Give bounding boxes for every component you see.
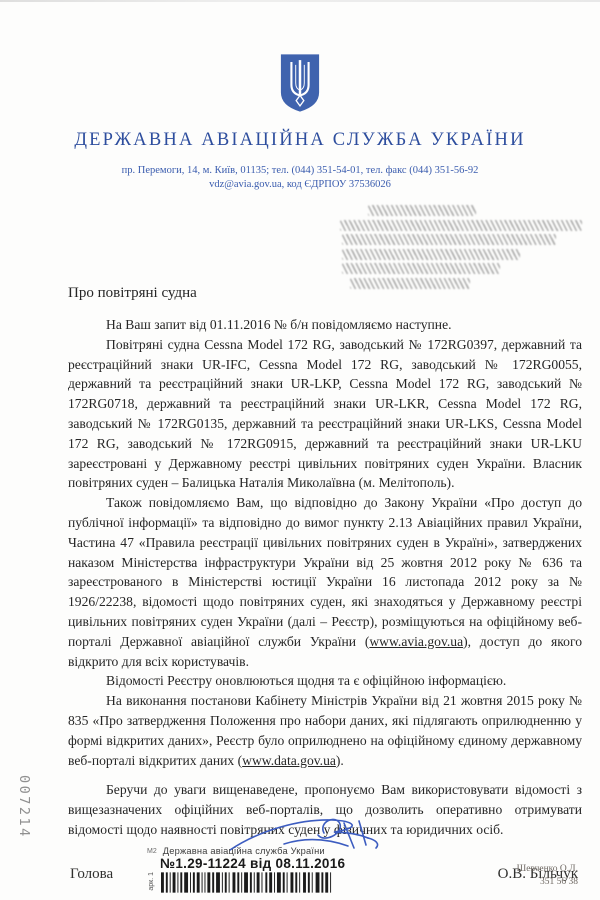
scanned-letter-page: ДЕРЖАВНА АВІАЦІЙНА СЛУЖБА УКРАЇНИ пр. Пе…	[0, 0, 600, 900]
letterhead: ДЕРЖАВНА АВІАЦІЙНА СЛУЖБА УКРАЇНИ пр. Пе…	[0, 0, 600, 191]
registration-stamp: М2 Державна авіаційна служба України №1.…	[147, 846, 362, 893]
paragraph-intro: На Ваш запит від 01.11.2016 № б/н повідо…	[68, 315, 582, 335]
letterhead-address: пр. Перемоги, 14, м. Київ, 01135; тел. (…	[0, 164, 600, 191]
stamp-barcode	[161, 872, 333, 893]
redacted-recipient-block	[340, 205, 584, 292]
paragraph-aircraft-list: Повітряні судна Cessna Model 172 RG, зав…	[68, 335, 582, 493]
archive-side-number: 007214	[16, 775, 32, 839]
address-line-2: vdz@avia.gov.ua, код ЄДРПОУ 37536026	[0, 178, 600, 192]
letter-content: Про повітряні судна На Ваш запит від 01.…	[68, 285, 582, 840]
paragraph-registry-update: Відомості Реєстру оновлюються щодня та є…	[68, 671, 582, 691]
avia-gov-ua-link: www.avia.gov.ua	[369, 634, 463, 649]
stamp-reg-number: №1.29-11224 від 08.11.2016	[160, 856, 362, 871]
executor-phone: 351 56 38	[517, 876, 578, 889]
org-name: ДЕРЖАВНА АВІАЦІЙНА СЛУЖБА УКРАЇНИ	[0, 130, 600, 151]
paragraph-open-data: На виконання постанови Кабінету Міністрі…	[68, 691, 582, 770]
executor-block: Шевченко О.Л. 351 56 38	[517, 863, 578, 888]
executor-name: Шевченко О.Л.	[517, 863, 578, 876]
paragraph-legal-basis: Також повідомляємо Вам, що відповідно до…	[68, 493, 582, 671]
redaction-scribble	[342, 263, 500, 274]
paragraph-open-data-tail: ).	[336, 753, 344, 768]
redaction-scribble	[368, 205, 476, 216]
address-line-1: пр. Перемоги, 14, м. Київ, 01135; тел. (…	[0, 164, 600, 178]
redaction-scribble	[342, 249, 520, 260]
paragraph-legal-basis-text: Також повідомляємо Вам, що відповідно до…	[68, 495, 582, 649]
stamp-code: М2	[147, 848, 157, 855]
signoff-position-title: Голова	[70, 866, 113, 883]
stamp-org-name: Державна авіаційна служба України	[163, 846, 325, 856]
data-gov-ua-link: www.data.gov.ua	[242, 753, 336, 768]
stamp-header-row: М2 Державна авіаційна служба України	[147, 846, 362, 856]
scan-edge-artifact	[0, 0, 600, 2]
redaction-scribble	[350, 278, 470, 289]
trident-of-ukraine-icon	[279, 52, 321, 114]
stamp-sheet-label: арк. 1	[148, 872, 155, 891]
redaction-scribble	[342, 234, 556, 245]
body-text: На Ваш запит від 01.11.2016 № б/н повідо…	[68, 315, 582, 840]
redaction-scribble	[340, 220, 582, 231]
